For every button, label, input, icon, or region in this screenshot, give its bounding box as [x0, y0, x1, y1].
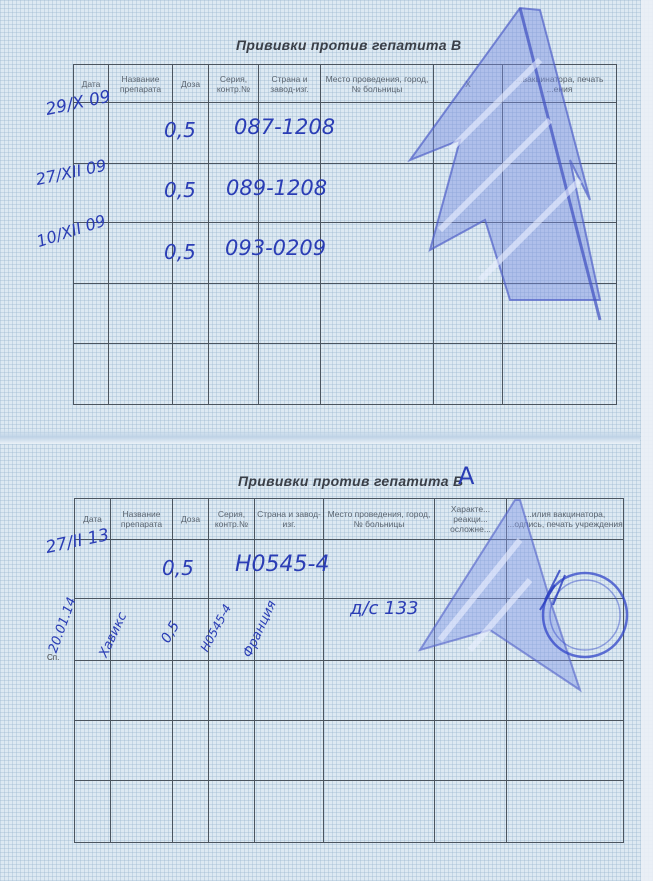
col-header-country: Страна и завод-изг.: [259, 65, 321, 103]
col-header-dose: Доза: [173, 65, 209, 103]
handwritten-dose-1: 0,5: [164, 118, 196, 142]
margin-mark: Сп.: [47, 653, 59, 662]
table-row: [74, 344, 617, 405]
handwritten-dose-1: 0,5: [162, 556, 194, 580]
handwritten-series-3: 093-0209: [225, 236, 326, 260]
col-header-name: Название препарата: [111, 499, 173, 540]
col-header-series: Серия, контр.№: [209, 65, 259, 103]
handwritten-dose-2: 0,5: [164, 178, 196, 202]
table-row: [75, 721, 624, 781]
table-row: [75, 781, 624, 843]
col-header-dose: Доза: [173, 499, 209, 540]
page-edge: [641, 0, 653, 881]
col-header-series: Серия, контр.№: [209, 499, 255, 540]
handwritten-series-1: 087-1208: [234, 115, 335, 139]
top-page: Прививки против гепатита В Дата Название…: [0, 0, 653, 440]
col-header-country: Страна и завод-изг.: [255, 499, 324, 540]
bottom-page: Прививки против гепатита В А Дата Назван…: [0, 440, 653, 881]
col-header-name: Название препарата: [109, 65, 173, 103]
ink-scribble-top: [390, 0, 630, 330]
handwritten-dose-3: 0,5: [164, 240, 196, 264]
stamp-icon: [535, 560, 635, 670]
handwritten-series-2: 089-1208: [226, 176, 327, 200]
handwritten-series-1: H0545-4: [235, 552, 329, 577]
